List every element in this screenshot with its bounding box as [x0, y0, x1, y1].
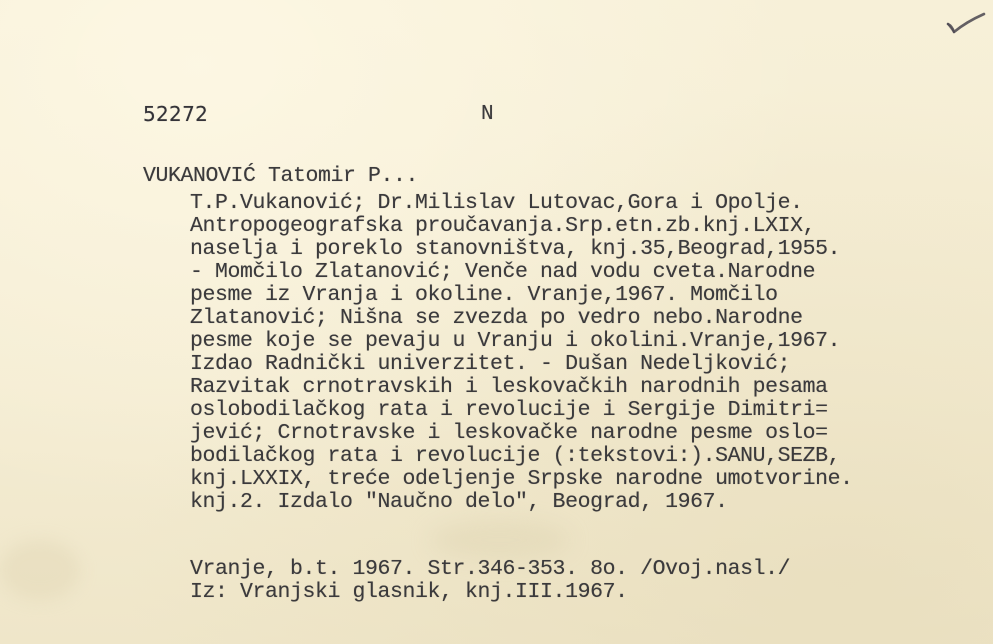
paper-stain — [0, 540, 80, 600]
class-mark: N — [481, 104, 493, 125]
description-line: Antropogeografska proučavanja.Srp.etn.zb… — [190, 216, 815, 238]
accession-number: 52272 — [143, 104, 208, 124]
description-line: knj.2. Izdalo "Naučno delo", Beograd, 19… — [190, 492, 728, 514]
description-line: jević; Crnotravske i leskovačke narodne … — [190, 423, 828, 445]
source-line: Iz: Vranjski glasnik, knj.III.1967. — [190, 582, 628, 604]
description-line: knj.LXXIX, treće odeljenje Srpske narodn… — [190, 469, 853, 491]
catalog-card: 52272 N VUKANOVIĆ Tatomir P... T.P.Vukan… — [0, 0, 993, 644]
description-line: T.P.Vukanović; Dr.Milislav Lutovac,Gora … — [190, 193, 803, 215]
description-line: Razvitak crnotravskih i leskovačkih naro… — [190, 377, 828, 399]
description-line: Izdao Radnički univerzitet. - Dušan Nede… — [190, 354, 790, 376]
description-line: bodilačkog rata i revolucije (:tekstovi:… — [190, 446, 840, 468]
check-mark-icon — [944, 8, 986, 36]
description-line: Zlatanović; Nišna se zvezda po vedro neb… — [190, 308, 803, 330]
description-line: pesme koje se pevaju u Vranju i okolini.… — [190, 331, 840, 353]
description-line: - Momčilo Zlatanović; Venče nad vodu cve… — [190, 262, 815, 284]
author-heading: VUKANOVIĆ Tatomir P... — [143, 166, 418, 188]
paper-stain — [430, 520, 570, 560]
description-line: pesme iz Vranja i okoline. Vranje,1967. … — [190, 285, 778, 307]
description-line: naselja i poreklo stanovništva, knj.35,B… — [190, 239, 840, 261]
imprint-line: Vranje, b.t. 1967. Str.346-353. 8o. /Ovo… — [190, 559, 790, 581]
description-line: oslobodilačkog rata i revolucije i Sergi… — [190, 400, 828, 422]
